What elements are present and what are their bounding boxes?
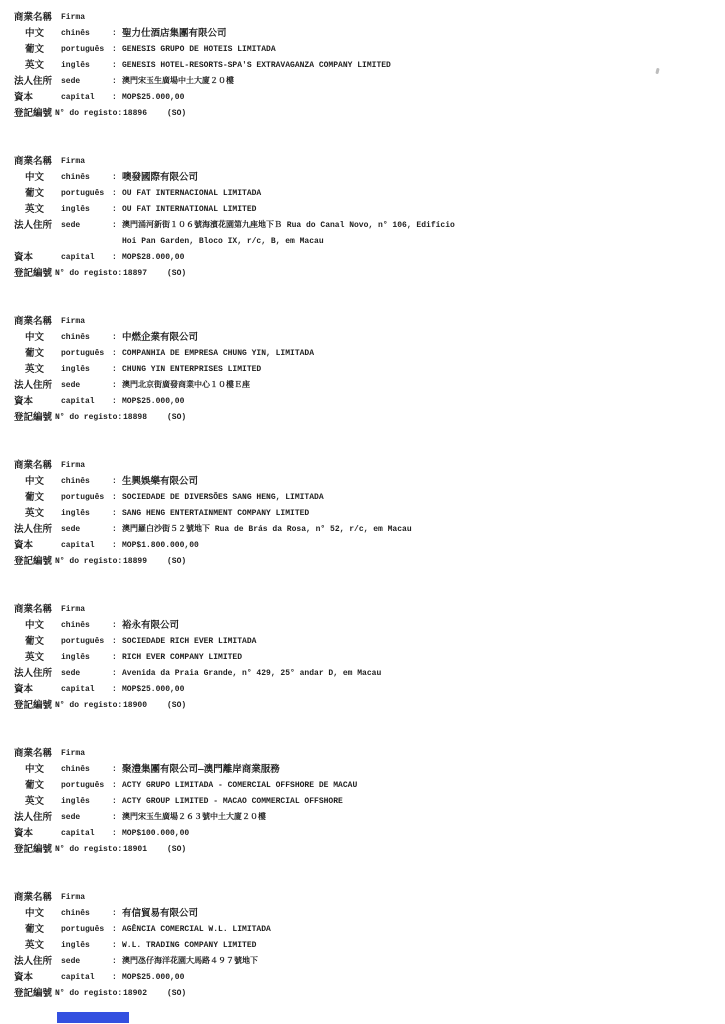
label-address-zh: 法人住所 [14, 522, 52, 538]
colon-separator: : [112, 618, 117, 634]
address-value: 澳門宋玉生廣場２６３號中土大廈２０樓 [122, 810, 266, 826]
label-capital-zh: 資本 [14, 970, 33, 986]
capital-value: MOP$1.800.000,00 [122, 538, 199, 554]
label-portuguese-zh: 葡文 [25, 778, 44, 794]
company-name-pt-value: SOCIEDADE RICH EVER LIMITADA [122, 634, 256, 650]
address-row: 法人住所 sede : 澳門宋玉生廣場中土大廈２０樓 [0, 74, 725, 90]
label-business-name-pt: Firma [61, 458, 85, 474]
label-english-pt: inglês [61, 362, 90, 378]
company-name-en-value: RICH EVER COMPANY LIMITED [122, 650, 242, 666]
label-english-zh: 英文 [25, 58, 44, 74]
chinese-name-row: 中文 chinês : 裕永有限公司 [0, 618, 725, 634]
colon-separator: : [112, 250, 117, 266]
label-english-pt: inglês [61, 506, 90, 522]
label-english-pt: inglês [61, 650, 90, 666]
label-chinese-pt: chinês [61, 330, 90, 346]
registry-document: 商業名稱 Firma 中文 chinês : 聖力仕酒店集團有限公司 葡文 po… [0, 0, 725, 1024]
company-name-en-value: W.L. TRADING COMPANY LIMITED [122, 938, 256, 954]
capital-value: MOP$25.000,00 [122, 394, 184, 410]
label-registration-pt: N° do registo: [55, 842, 122, 858]
company-name-en-value: SANG HENG ENTERTAINMENT COMPANY LIMITED [122, 506, 309, 522]
label-capital-pt: capital [61, 826, 95, 842]
colon-separator: : [112, 42, 117, 58]
label-business-name-zh: 商業名稱 [14, 10, 52, 26]
registration-number: 18899 [123, 554, 147, 570]
registration-row: 登記編號 N° do registo: 18897 (SO) [0, 266, 725, 282]
colon-separator: : [112, 938, 117, 954]
capital-row: 資本 capital : MOP$25.000,00 [0, 394, 725, 410]
label-capital-pt: capital [61, 682, 95, 698]
registration-row: 登記編號 N° do registo: 18902 (SO) [0, 986, 725, 1002]
address-line2-row: Hoi Pan Garden, Bloco IX, r/c, B, em Mac… [0, 234, 725, 250]
label-portuguese-pt: português [61, 186, 104, 202]
label-chinese-pt: chinês [61, 170, 90, 186]
business-name-header-row: 商業名稱 Firma [0, 314, 725, 330]
company-name-pt-value: ACTY GRUPO LIMITADA - COMERCIAL OFFSHORE… [122, 778, 357, 794]
registration-suffix: (SO) [167, 266, 186, 282]
label-business-name-pt: Firma [61, 314, 85, 330]
label-registration-pt: N° do registo: [55, 106, 122, 122]
label-capital-pt: capital [61, 90, 95, 106]
label-chinese-zh: 中文 [25, 906, 44, 922]
label-registration-zh: 登記編號 [14, 266, 52, 282]
colon-separator: : [112, 762, 117, 778]
label-address-pt: sede [61, 218, 80, 234]
label-address-zh: 法人住所 [14, 74, 52, 90]
chinese-name-row: 中文 chinês : 中燃企業有限公司 [0, 330, 725, 346]
label-registration-zh: 登記編號 [14, 554, 52, 570]
colon-separator: : [112, 922, 117, 938]
label-english-pt: inglês [61, 794, 90, 810]
label-registration-zh: 登記編號 [14, 986, 52, 1002]
label-portuguese-pt: português [61, 778, 104, 794]
label-business-name-pt: Firma [61, 890, 85, 906]
company-record: 商業名稱 Firma 中文 chinês : 裕永有限公司 葡文 portugu… [0, 602, 725, 714]
chinese-name-row: 中文 chinês : 有信貿易有限公司 [0, 906, 725, 922]
label-address-pt: sede [61, 522, 80, 538]
label-chinese-pt: chinês [61, 26, 90, 42]
business-name-header-row: 商業名稱 Firma [0, 154, 725, 170]
company-name-zh-value: 噢發國際有限公司 [122, 170, 198, 186]
label-english-pt: inglês [61, 58, 90, 74]
portuguese-name-row: 葡文 português : COMPANHIA DE EMPRESA CHUN… [0, 346, 725, 362]
label-registration-zh: 登記編號 [14, 842, 52, 858]
colon-separator: : [112, 378, 117, 394]
colon-separator: : [112, 810, 117, 826]
colon-separator: : [112, 634, 117, 650]
company-name-en-value: ACTY GROUP LIMITED - MACAO COMMERCIAL OF… [122, 794, 343, 810]
colon-separator: : [112, 970, 117, 986]
colon-separator: : [112, 170, 117, 186]
capital-value: MOP$25.000,00 [122, 970, 184, 986]
company-name-en-value: GENESIS HOTEL-RESORTS-SPA'S EXTRAVAGANZA… [122, 58, 391, 74]
business-name-header-row: 商業名稱 Firma [0, 602, 725, 618]
company-name-en-value: OU FAT INTERNATIONAL LIMITED [122, 202, 256, 218]
registration-number: 18896 [123, 106, 147, 122]
business-name-header-row: 商業名稱 Firma [0, 746, 725, 762]
address-value: 澳門宋玉生廣場中土大廈２０樓 [122, 74, 234, 90]
company-name-pt-value: SOCIEDADE DE DIVERSÕES SANG HENG, LIMITA… [122, 490, 324, 506]
label-portuguese-pt: português [61, 346, 104, 362]
label-address-zh: 法人住所 [14, 954, 52, 970]
address-row: 法人住所 sede : 澳門氹仔海洋花園大馬路４９７號地下 [0, 954, 725, 970]
registration-suffix: (SO) [167, 842, 186, 858]
label-capital-pt: capital [61, 394, 95, 410]
label-address-pt: sede [61, 666, 80, 682]
chinese-name-row: 中文 chinês : 噢發國際有限公司 [0, 170, 725, 186]
label-capital-zh: 資本 [14, 826, 33, 842]
label-english-zh: 英文 [25, 362, 44, 378]
colon-separator: : [112, 58, 117, 74]
english-name-row: 英文 inglês : W.L. TRADING COMPANY LIMITED [0, 938, 725, 954]
company-name-zh-value: 生興娛樂有限公司 [122, 474, 198, 490]
registration-suffix: (SO) [167, 698, 186, 714]
colon-separator: : [112, 362, 117, 378]
label-capital-zh: 資本 [14, 90, 33, 106]
english-name-row: 英文 inglês : CHUNG YIN ENTERPRISES LIMITE… [0, 362, 725, 378]
capital-row: 資本 capital : MOP$25.000,00 [0, 90, 725, 106]
registration-number: 18897 [123, 266, 147, 282]
label-chinese-pt: chinês [61, 618, 90, 634]
label-portuguese-pt: português [61, 922, 104, 938]
address-value: Avenida da Praia Grande, n° 429, 25° and… [122, 666, 381, 682]
label-english-zh: 英文 [25, 650, 44, 666]
company-record: 商業名稱 Firma 中文 chinês : 中燃企業有限公司 葡文 portu… [0, 314, 725, 426]
colon-separator: : [112, 186, 117, 202]
label-business-name-zh: 商業名稱 [14, 890, 52, 906]
label-address-pt: sede [61, 378, 80, 394]
label-capital-zh: 資本 [14, 394, 33, 410]
registration-number: 18902 [123, 986, 147, 1002]
english-name-row: 英文 inglês : GENESIS HOTEL-RESORTS-SPA'S … [0, 58, 725, 74]
address-value: 澳門北京街廣發商業中心１０樓Ｅ座 [122, 378, 250, 394]
address-value-line2: Hoi Pan Garden, Bloco IX, r/c, B, em Mac… [122, 234, 324, 250]
label-registration-zh: 登記編號 [14, 410, 52, 426]
capital-row: 資本 capital : MOP$1.800.000,00 [0, 538, 725, 554]
address-row: 法人住所 sede : Avenida da Praia Grande, n° … [0, 666, 725, 682]
business-name-header-row: 商業名稱 Firma [0, 10, 725, 26]
registration-row: 登記編號 N° do registo: 18898 (SO) [0, 410, 725, 426]
label-address-pt: sede [61, 954, 80, 970]
colon-separator: : [112, 74, 117, 90]
label-capital-pt: capital [61, 250, 95, 266]
label-address-zh: 法人住所 [14, 666, 52, 682]
label-portuguese-zh: 葡文 [25, 634, 44, 650]
label-portuguese-zh: 葡文 [25, 186, 44, 202]
capital-value: MOP$25.000,00 [122, 90, 184, 106]
label-business-name-zh: 商業名稱 [14, 154, 52, 170]
label-capital-zh: 資本 [14, 250, 33, 266]
label-address-zh: 法人住所 [14, 218, 52, 234]
colon-separator: : [112, 26, 117, 42]
address-row: 法人住所 sede : 澳門北京街廣發商業中心１０樓Ｅ座 [0, 378, 725, 394]
portuguese-name-row: 葡文 português : SOCIEDADE RICH EVER LIMIT… [0, 634, 725, 650]
colon-separator: : [112, 778, 117, 794]
label-business-name-zh: 商業名稱 [14, 458, 52, 474]
label-portuguese-zh: 葡文 [25, 42, 44, 58]
chinese-name-row: 中文 chinês : 聖力仕酒店集團有限公司 [0, 26, 725, 42]
colon-separator: : [112, 522, 117, 538]
label-business-name-pt: Firma [61, 746, 85, 762]
capital-row: 資本 capital : MOP$25.000,00 [0, 970, 725, 986]
label-portuguese-pt: português [61, 490, 104, 506]
chinese-name-row: 中文 chinês : 生興娛樂有限公司 [0, 474, 725, 490]
address-row: 法人住所 sede : 澳門涌河新街１０６號海濱花園第九座地下Ｂ Rua do … [0, 218, 725, 234]
business-name-header-row: 商業名稱 Firma [0, 890, 725, 906]
capital-value: MOP$100.000,00 [122, 826, 189, 842]
colon-separator: : [112, 906, 117, 922]
registration-row: 登記編號 N° do registo: 18899 (SO) [0, 554, 725, 570]
colon-separator: : [112, 794, 117, 810]
label-english-zh: 英文 [25, 794, 44, 810]
label-address-pt: sede [61, 810, 80, 826]
portuguese-name-row: 葡文 português : ACTY GRUPO LIMITADA - COM… [0, 778, 725, 794]
company-record: 商業名稱 Firma 中文 chinês : 聖力仕酒店集團有限公司 葡文 po… [0, 10, 725, 122]
label-business-name-pt: Firma [61, 10, 85, 26]
company-name-zh-value: 聖力仕酒店集團有限公司 [122, 26, 227, 42]
label-chinese-pt: chinês [61, 762, 90, 778]
label-english-zh: 英文 [25, 938, 44, 954]
colon-separator: : [112, 538, 117, 554]
colon-separator: : [112, 346, 117, 362]
company-name-pt-value: GENESIS GRUPO DE HOTEIS LIMITADA [122, 42, 276, 58]
label-address-zh: 法人住所 [14, 810, 52, 826]
colon-separator: : [112, 506, 117, 522]
label-capital-zh: 資本 [14, 682, 33, 698]
registration-row: 登記編號 N° do registo: 18900 (SO) [0, 698, 725, 714]
capital-row: 資本 capital : MOP$28.000,00 [0, 250, 725, 266]
company-name-zh-value: 有信貿易有限公司 [122, 906, 198, 922]
label-chinese-zh: 中文 [25, 618, 44, 634]
label-portuguese-zh: 葡文 [25, 490, 44, 506]
company-name-zh-value: 裕永有限公司 [122, 618, 179, 634]
company-name-pt-value: COMPANHIA DE EMPRESA CHUNG YIN, LIMITADA [122, 346, 314, 362]
colon-separator: : [112, 474, 117, 490]
label-registration-pt: N° do registo: [55, 266, 122, 282]
address-value: 澳門氹仔海洋花園大馬路４９７號地下 [122, 954, 258, 970]
label-chinese-zh: 中文 [25, 474, 44, 490]
company-name-zh-value: 聚澧集團有限公司—澳門離岸商業服務 [122, 762, 280, 778]
label-chinese-zh: 中文 [25, 330, 44, 346]
company-name-zh-value: 中燃企業有限公司 [122, 330, 198, 346]
english-name-row: 英文 inglês : RICH EVER COMPANY LIMITED [0, 650, 725, 666]
company-name-en-value: CHUNG YIN ENTERPRISES LIMITED [122, 362, 261, 378]
label-address-pt: sede [61, 74, 80, 90]
registration-suffix: (SO) [167, 986, 186, 1002]
label-business-name-pt: Firma [61, 154, 85, 170]
company-record: 商業名稱 Firma 中文 chinês : 有信貿易有限公司 葡文 portu… [0, 890, 725, 1002]
label-capital-zh: 資本 [14, 538, 33, 554]
company-record: 商業名稱 Firma 中文 chinês : 生興娛樂有限公司 葡文 portu… [0, 458, 725, 570]
portuguese-name-row: 葡文 português : SOCIEDADE DE DIVERSÕES SA… [0, 490, 725, 506]
label-chinese-zh: 中文 [25, 170, 44, 186]
label-chinese-pt: chinês [61, 474, 90, 490]
english-name-row: 英文 inglês : OU FAT INTERNATIONAL LIMITED [0, 202, 725, 218]
colon-separator: : [112, 490, 117, 506]
label-chinese-zh: 中文 [25, 26, 44, 42]
label-chinese-zh: 中文 [25, 762, 44, 778]
label-english-zh: 英文 [25, 506, 44, 522]
registration-number: 18901 [123, 842, 147, 858]
label-registration-zh: 登記編號 [14, 106, 52, 122]
label-registration-pt: N° do registo: [55, 698, 122, 714]
portuguese-name-row: 葡文 português : OU FAT INTERNACIONAL LIMI… [0, 186, 725, 202]
label-business-name-pt: Firma [61, 602, 85, 618]
company-name-pt-value: AGÊNCIA COMERCIAL W.L. LIMITADA [122, 922, 271, 938]
label-business-name-zh: 商業名稱 [14, 314, 52, 330]
capital-value: MOP$28.000,00 [122, 250, 184, 266]
label-registration-pt: N° do registo: [55, 410, 122, 426]
records-container: 商業名稱 Firma 中文 chinês : 聖力仕酒店集團有限公司 葡文 po… [0, 10, 725, 1002]
label-portuguese-pt: português [61, 634, 104, 650]
colon-separator: : [112, 682, 117, 698]
registration-suffix: (SO) [167, 554, 186, 570]
label-portuguese-zh: 葡文 [25, 922, 44, 938]
label-business-name-zh: 商業名稱 [14, 602, 52, 618]
label-business-name-zh: 商業名稱 [14, 746, 52, 762]
company-name-pt-value: OU FAT INTERNACIONAL LIMITADA [122, 186, 261, 202]
portuguese-name-row: 葡文 português : AGÊNCIA COMERCIAL W.L. LI… [0, 922, 725, 938]
colon-separator: : [112, 330, 117, 346]
label-portuguese-pt: português [61, 42, 104, 58]
label-english-pt: inglês [61, 202, 90, 218]
label-registration-zh: 登記編號 [14, 698, 52, 714]
english-name-row: 英文 inglês : ACTY GROUP LIMITED - MACAO C… [0, 794, 725, 810]
registration-row: 登記編號 N° do registo: 18896 (SO) [0, 106, 725, 122]
label-english-pt: inglês [61, 938, 90, 954]
colon-separator: : [112, 202, 117, 218]
label-chinese-pt: chinês [61, 906, 90, 922]
registration-number: 18898 [123, 410, 147, 426]
address-value: 澳門涌河新街１０６號海濱花園第九座地下Ｂ Rua do Canal Novo, … [122, 218, 455, 234]
colon-separator: : [112, 90, 117, 106]
colon-separator: : [112, 826, 117, 842]
colon-separator: : [112, 650, 117, 666]
label-capital-pt: capital [61, 970, 95, 986]
label-capital-pt: capital [61, 538, 95, 554]
label-registration-pt: N° do registo: [55, 986, 122, 1002]
colon-separator: : [112, 954, 117, 970]
company-record: 商業名稱 Firma 中文 chinês : 聚澧集團有限公司—澳門離岸商業服務… [0, 746, 725, 858]
capital-row: 資本 capital : MOP$25.000,00 [0, 682, 725, 698]
company-record: 商業名稱 Firma 中文 chinês : 噢發國際有限公司 葡文 portu… [0, 154, 725, 282]
registration-number: 18900 [123, 698, 147, 714]
registration-suffix: (SO) [167, 410, 186, 426]
label-address-zh: 法人住所 [14, 378, 52, 394]
english-name-row: 英文 inglês : SANG HENG ENTERTAINMENT COMP… [0, 506, 725, 522]
address-value: 澳門羅白沙街５２號地下 Rua de Brás da Rosa, n° 52, … [122, 522, 412, 538]
capital-value: MOP$25.000,00 [122, 682, 184, 698]
capital-row: 資本 capital : MOP$100.000,00 [0, 826, 725, 842]
label-portuguese-zh: 葡文 [25, 346, 44, 362]
address-row: 法人住所 sede : 澳門宋玉生廣場２６３號中土大廈２０樓 [0, 810, 725, 826]
portuguese-name-row: 葡文 português : GENESIS GRUPO DE HOTEIS L… [0, 42, 725, 58]
address-row: 法人住所 sede : 澳門羅白沙街５２號地下 Rua de Brás da R… [0, 522, 725, 538]
business-name-header-row: 商業名稱 Firma [0, 458, 725, 474]
chinese-name-row: 中文 chinês : 聚澧集團有限公司—澳門離岸商業服務 [0, 762, 725, 778]
label-english-zh: 英文 [25, 202, 44, 218]
bottom-blue-mark [57, 1012, 129, 1023]
colon-separator: : [112, 218, 117, 234]
registration-suffix: (SO) [167, 106, 186, 122]
registration-row: 登記編號 N° do registo: 18901 (SO) [0, 842, 725, 858]
colon-separator: : [112, 666, 117, 682]
label-registration-pt: N° do registo: [55, 554, 122, 570]
colon-separator: : [112, 394, 117, 410]
